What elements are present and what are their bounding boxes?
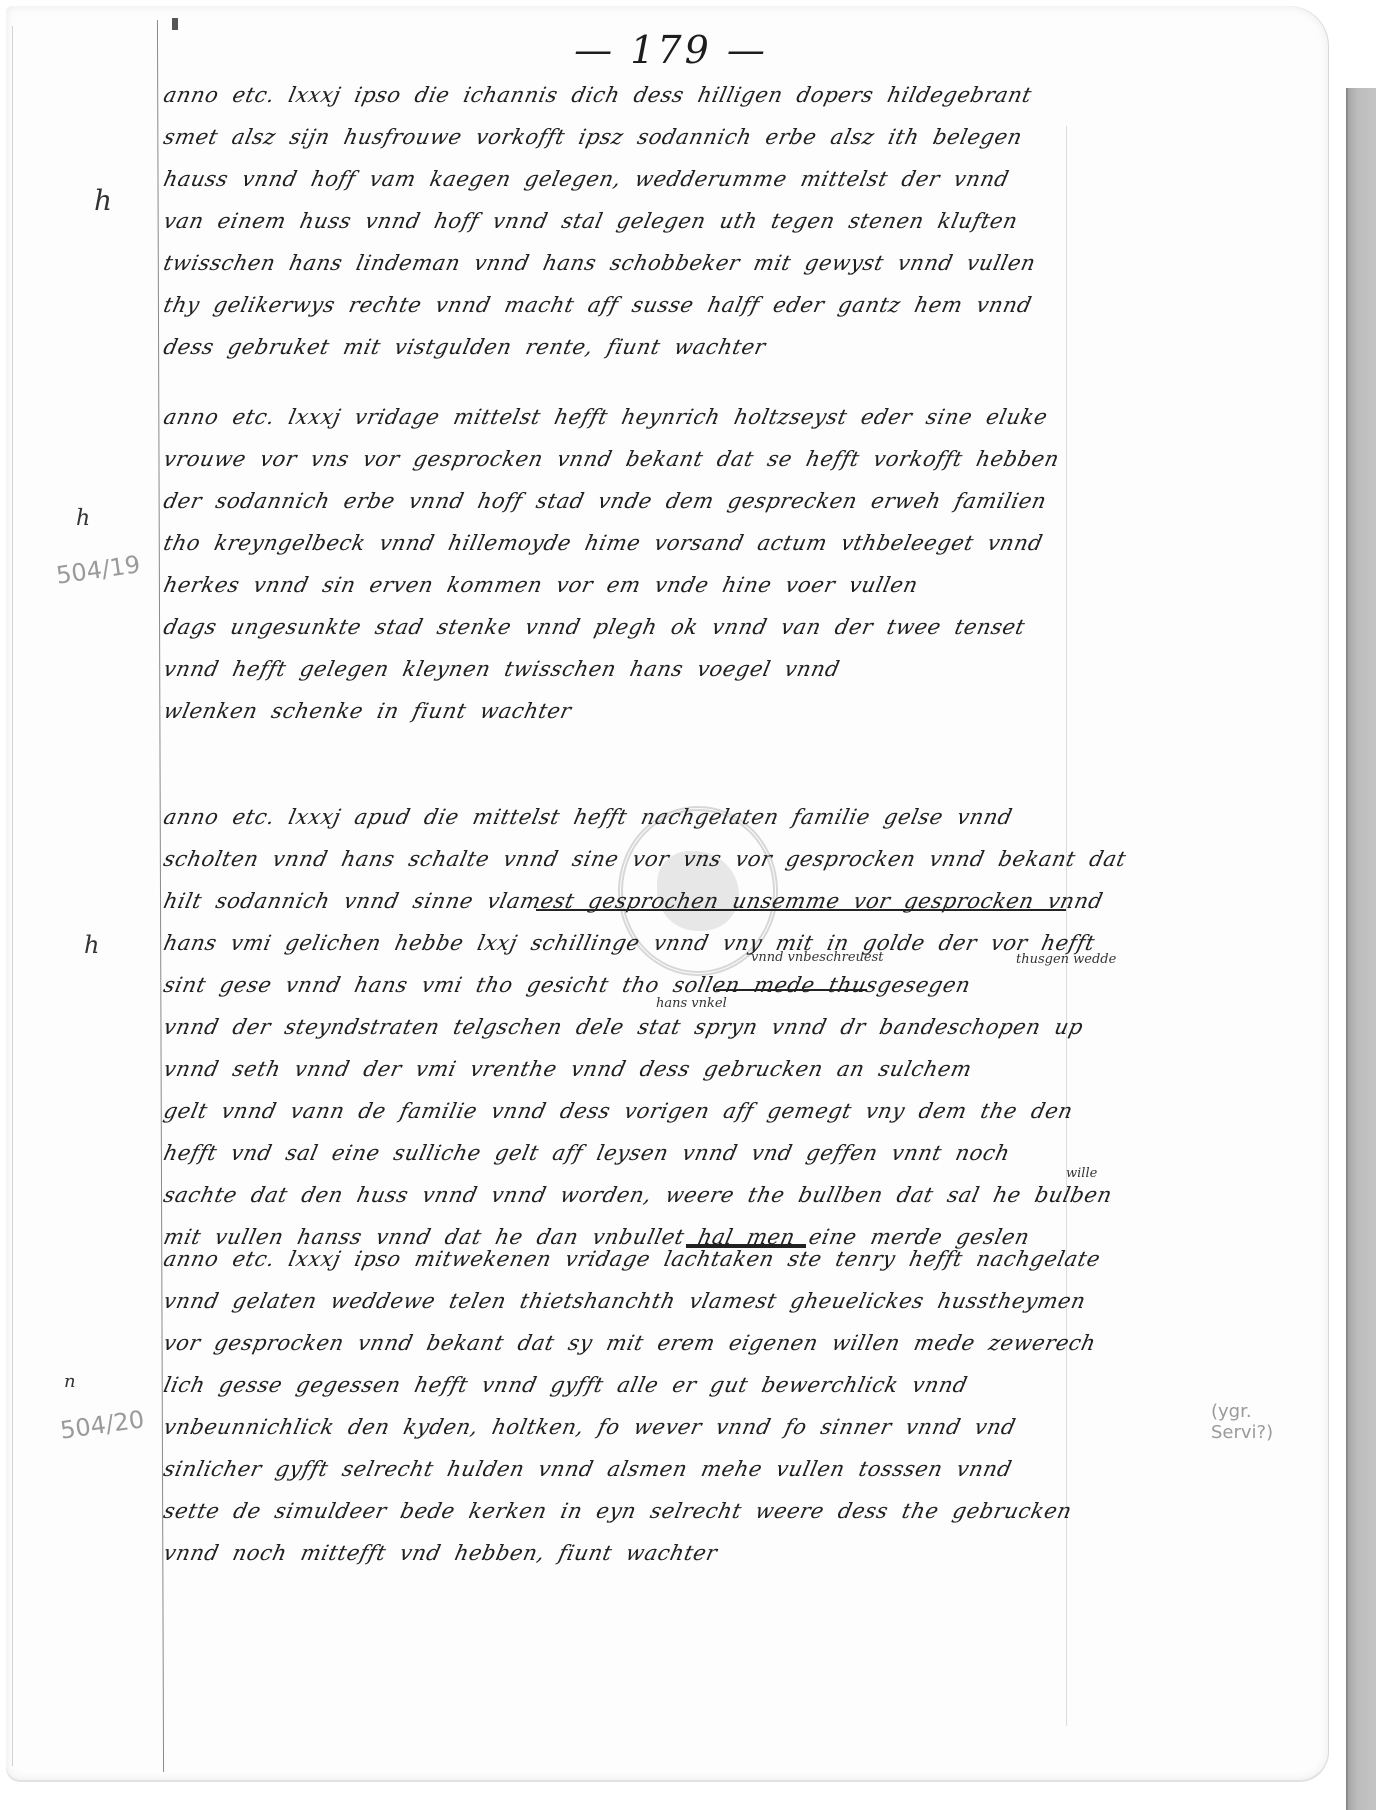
interlinear-insertion: wille [1066,1166,1097,1181]
text-line: lich gesse gegessen hefft vnnd gyfft all… [160,1364,1219,1406]
manuscript-page: — 179 — anno etc. lxxxj ipso die ichanni… [6,6,1328,1780]
text-line: vor gesprocken vnnd bekant dat sy mit er… [160,1322,1219,1364]
text-line: sinlicher gyfft selrecht hulden vnnd als… [160,1448,1219,1490]
text-line: tho kreyngelbeck vnnd hillemoyde hime vo… [160,522,1219,564]
pencil-catalog-note: 504/20 [58,1405,146,1444]
text-line: herkes vnnd sin erven kommen vor em vnde… [160,564,1219,606]
text-line: wlenken schenke in fiunt wachter [160,690,1219,732]
text-line: twisschen hans lindeman vnnd hans schobb… [160,242,1219,284]
entry-paragraph-3: anno etc. lxxxj apud die mittelst hefft … [164,796,1214,1258]
text-line: vrouwe vor vns vor gesprocken vnnd bekan… [160,438,1219,480]
text-line: dags ungesunkte stad stenke vnnd plegh o… [160,606,1219,648]
text-line: hilt sodannich vnnd sinne vlamest gespro… [160,880,1219,922]
interlinear-insertion: hans vnkel [656,996,727,1011]
strikethrough-mark [686,1244,806,1248]
text-line: anno etc. lxxxj vridage mittelst hefft h… [160,396,1219,438]
text-line: vnnd der steyndstraten telgschen dele st… [160,1006,1219,1048]
text-line: thy gelikerwys rechte vnnd macht aff sus… [160,284,1219,326]
text-line: scholten vnnd hans schalte vnnd sine vor… [160,838,1219,880]
margin-note: h [94,184,112,217]
interlinear-insertion: thusgen wedde [1016,952,1116,967]
text-line: hefft vnd sal eine sulliche gelt aff ley… [160,1132,1219,1174]
text-line: dess gebruket mit vistgulden rente, fiun… [160,326,1219,368]
top-mark [172,18,178,30]
text-line: anno etc. lxxxj ipso die ichannis dich d… [160,74,1219,116]
text-line: der sodannich erbe vnnd hoff stad vnde d… [160,480,1219,522]
entry-paragraph-4: anno etc. lxxxj ipso mitwekenen vridage … [164,1238,1214,1574]
text-line: vnbeunnichlick den kyden, holtken, fo we… [160,1406,1219,1448]
text-line: gelt vnnd vann de familie vnnd dess vori… [160,1090,1219,1132]
margin-note: h [84,931,99,959]
text-line: vnnd gelaten weddewe telen thietshanchth… [160,1280,1219,1322]
margin-note: n [64,1371,76,1392]
text-line: vnnd seth vnnd der vmi vrenthe vnnd dess… [160,1048,1219,1090]
text-line: vnnd noch mittefft vnd hebben, fiunt wac… [160,1532,1219,1574]
pencil-catalog-note: 504/19 [54,550,142,589]
interlinear-insertion: vnnd vnbeschreuest [751,950,883,965]
text-line: van einem huss vnnd hoff vnnd stal geleg… [160,200,1219,242]
entry-paragraph-2: anno etc. lxxxj vridage mittelst hefft h… [164,396,1214,732]
scanner-background-strip [1346,88,1376,1810]
text-line: anno etc. lxxxj apud die mittelst hefft … [160,796,1219,838]
text-line: sette de simuldeer bede kerken in eyn se… [160,1490,1219,1532]
text-line: vnnd hefft gelegen kleynen twisschen han… [160,648,1219,690]
text-line: sachte dat den huss vnnd vnnd worden, we… [160,1174,1219,1216]
strikethrough-mark [716,989,866,991]
strikethrough-mark [536,909,1066,911]
margin-note: h [76,506,90,531]
text-line: smet alsz sijn husfrouwe vorkofft ipsz s… [160,116,1219,158]
text-line: hauss vnnd hoff vam kaegen gelegen, wedd… [160,158,1219,200]
entry-paragraph-1: anno etc. lxxxj ipso die ichannis dich d… [164,74,1214,368]
page-number: — 179 — [566,28,776,72]
pencil-marginal-note: (ygr. Servi?) [1211,1401,1301,1443]
